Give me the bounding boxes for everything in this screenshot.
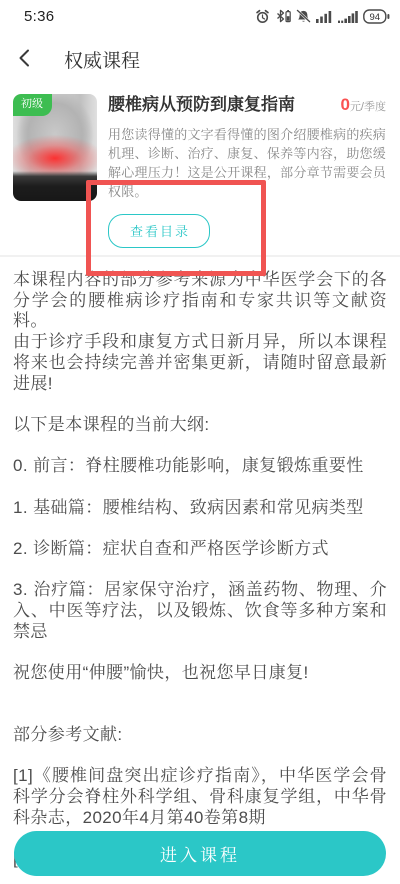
- course-title-row: 腰椎病从预防到康复指南 0元/季度: [108, 94, 386, 118]
- status-time: 5:36: [24, 8, 54, 25]
- body-paragraph: 2. 诊断篇：症状自查和严格医学诊断方式: [13, 539, 387, 560]
- course-title: 腰椎病从预防到康复指南: [108, 94, 295, 115]
- status-icons: 94: [255, 9, 390, 24]
- body-paragraph: 祝您使用“伸腰”愉快，也祝您早日康复!: [13, 663, 387, 684]
- body-paragraph: 3. 治疗篇：居家保守治疗，涵盖药物、物理、介入、中医等疗法，以及锻炼、饮食等多…: [13, 580, 387, 642]
- mute-icon: [296, 9, 311, 24]
- back-button[interactable]: [14, 46, 40, 72]
- level-badge: 初级: [13, 94, 52, 116]
- battery-icon: 94: [363, 9, 390, 24]
- body-paragraph: 0. 前言：脊柱腰椎功能影响，康复锻炼重要性: [13, 456, 387, 477]
- course-card-info: 腰椎病从预防到康复指南 0元/季度 用您读得懂的文字看得懂的图介绍腰椎病的疾病机…: [97, 94, 386, 248]
- bluetooth-battery-icon: [275, 9, 291, 23]
- status-bar: 5:36 94: [0, 0, 400, 30]
- signal-icon: [316, 10, 333, 23]
- course-description: 用您读得懂的文字看得懂的图介绍腰椎病的疾病机理、诊断、治疗、康复、保养等内容，助…: [108, 125, 386, 201]
- course-card: 初级 腰椎病从预防到康复指南 0元/季度 用您读得懂的文字看得懂的图介绍腰椎病的…: [0, 82, 400, 248]
- course-image: 初级: [13, 94, 97, 201]
- chevron-left-icon: [14, 47, 36, 72]
- alarm-icon: [255, 9, 270, 24]
- body-paragraph: 1. 基础篇：腰椎结构、致病因素和常见病类型: [13, 498, 387, 519]
- page-title: 权威课程: [64, 46, 140, 73]
- body-paragraph: 部分参考文献:: [13, 725, 387, 746]
- course-price: 0元/季度: [340, 94, 386, 118]
- price-value: 0: [340, 95, 349, 114]
- body-paragraph: 以下是本课程的当前大纲:: [13, 415, 387, 436]
- price-unit: 元/季度: [350, 101, 386, 113]
- body-paragraph: 本课程内容的部分参考来源为中华医学会下的各分学会的腰椎病诊疗指南和专家共识等文献…: [13, 270, 387, 394]
- signal-alt-icon: [338, 10, 358, 23]
- course-body: 本课程内容的部分参考来源为中华医学会下的各分学会的腰椎病诊疗指南和专家共识等文献…: [0, 257, 400, 870]
- screen: 5:36 94: [0, 0, 400, 884]
- body-paragraph: [1]《腰椎间盘突出症诊疗指南》，中华医学会骨科学分会脊柱外科学组、骨科康复学组…: [13, 766, 387, 828]
- header: 权威课程: [0, 30, 400, 82]
- view-catalog-button[interactable]: 查看目录: [108, 214, 210, 248]
- enter-course-button[interactable]: 进入课程: [14, 831, 386, 876]
- battery-percent: 94: [370, 12, 381, 23]
